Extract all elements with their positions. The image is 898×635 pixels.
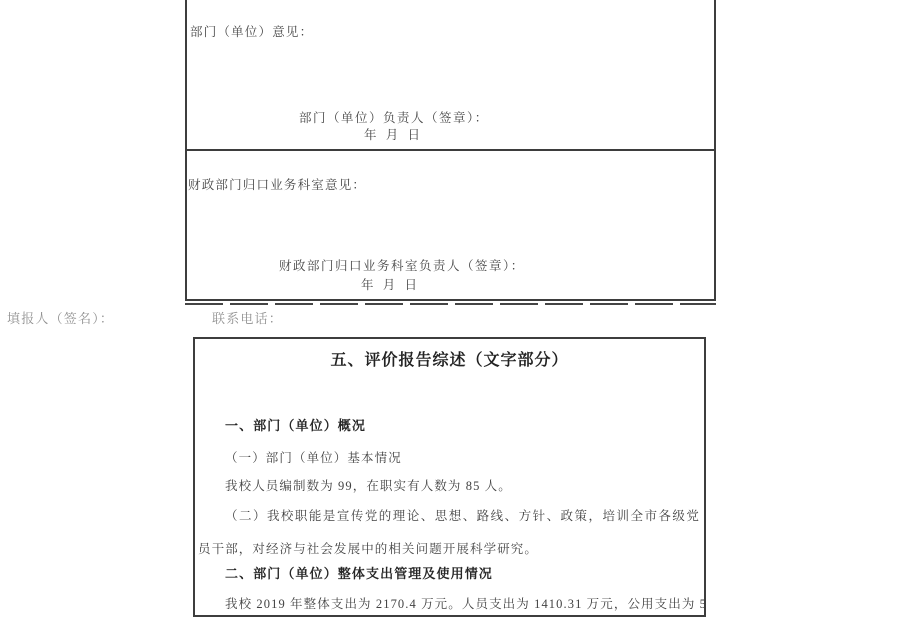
report-paragraph: 二、部门（单位）整体支出管理及使用情况 (198, 557, 700, 590)
contact-phone-label: 联系电话： (212, 308, 283, 327)
report-paragraph: 我校 2019 年整体支出为 2170.4 万元。人员支出为 1410.31 万… (198, 588, 700, 617)
report-paragraph: 一、部门（单位）概况 (198, 409, 700, 442)
approval-form-table: 部门（单位）意见： 部门（单位）负责人（签章）： 年 月 日 财政部门归口业务科… (185, 0, 716, 301)
page-break-dashed-line (185, 303, 716, 305)
dept-opinion-cell: 部门（单位）意见： 部门（单位）负责人（签章）： 年 月 日 (187, 0, 714, 151)
dept-opinion-label: 部门（单位）意见： (190, 22, 313, 40)
dept-date-line: 年 月 日 (364, 125, 421, 143)
report-paragraph: 我校人员编制数为 99，在职实有人数为 85 人。 (198, 470, 700, 503)
dept-signer-label: 部门（单位）负责人（签章）： (299, 108, 489, 126)
finance-opinion-label: 财政部门归口业务科室意见： (188, 175, 366, 193)
report-title: 五、评价报告综述（文字部分） (195, 347, 704, 370)
filler-signature-label: 填报人（签名）： (7, 308, 114, 327)
finance-date-line: 年 月 日 (361, 275, 418, 293)
finance-signer-label: 财政部门归口业务科室负责人（签章）： (279, 256, 525, 274)
report-summary-page: 五、评价报告综述（文字部分） 一、部门（单位）概况 （一）部门（单位）基本情况 … (193, 337, 706, 617)
finance-opinion-cell: 财政部门归口业务科室意见： 财政部门归口业务科室负责人（签章）： 年 月 日 (187, 151, 714, 299)
